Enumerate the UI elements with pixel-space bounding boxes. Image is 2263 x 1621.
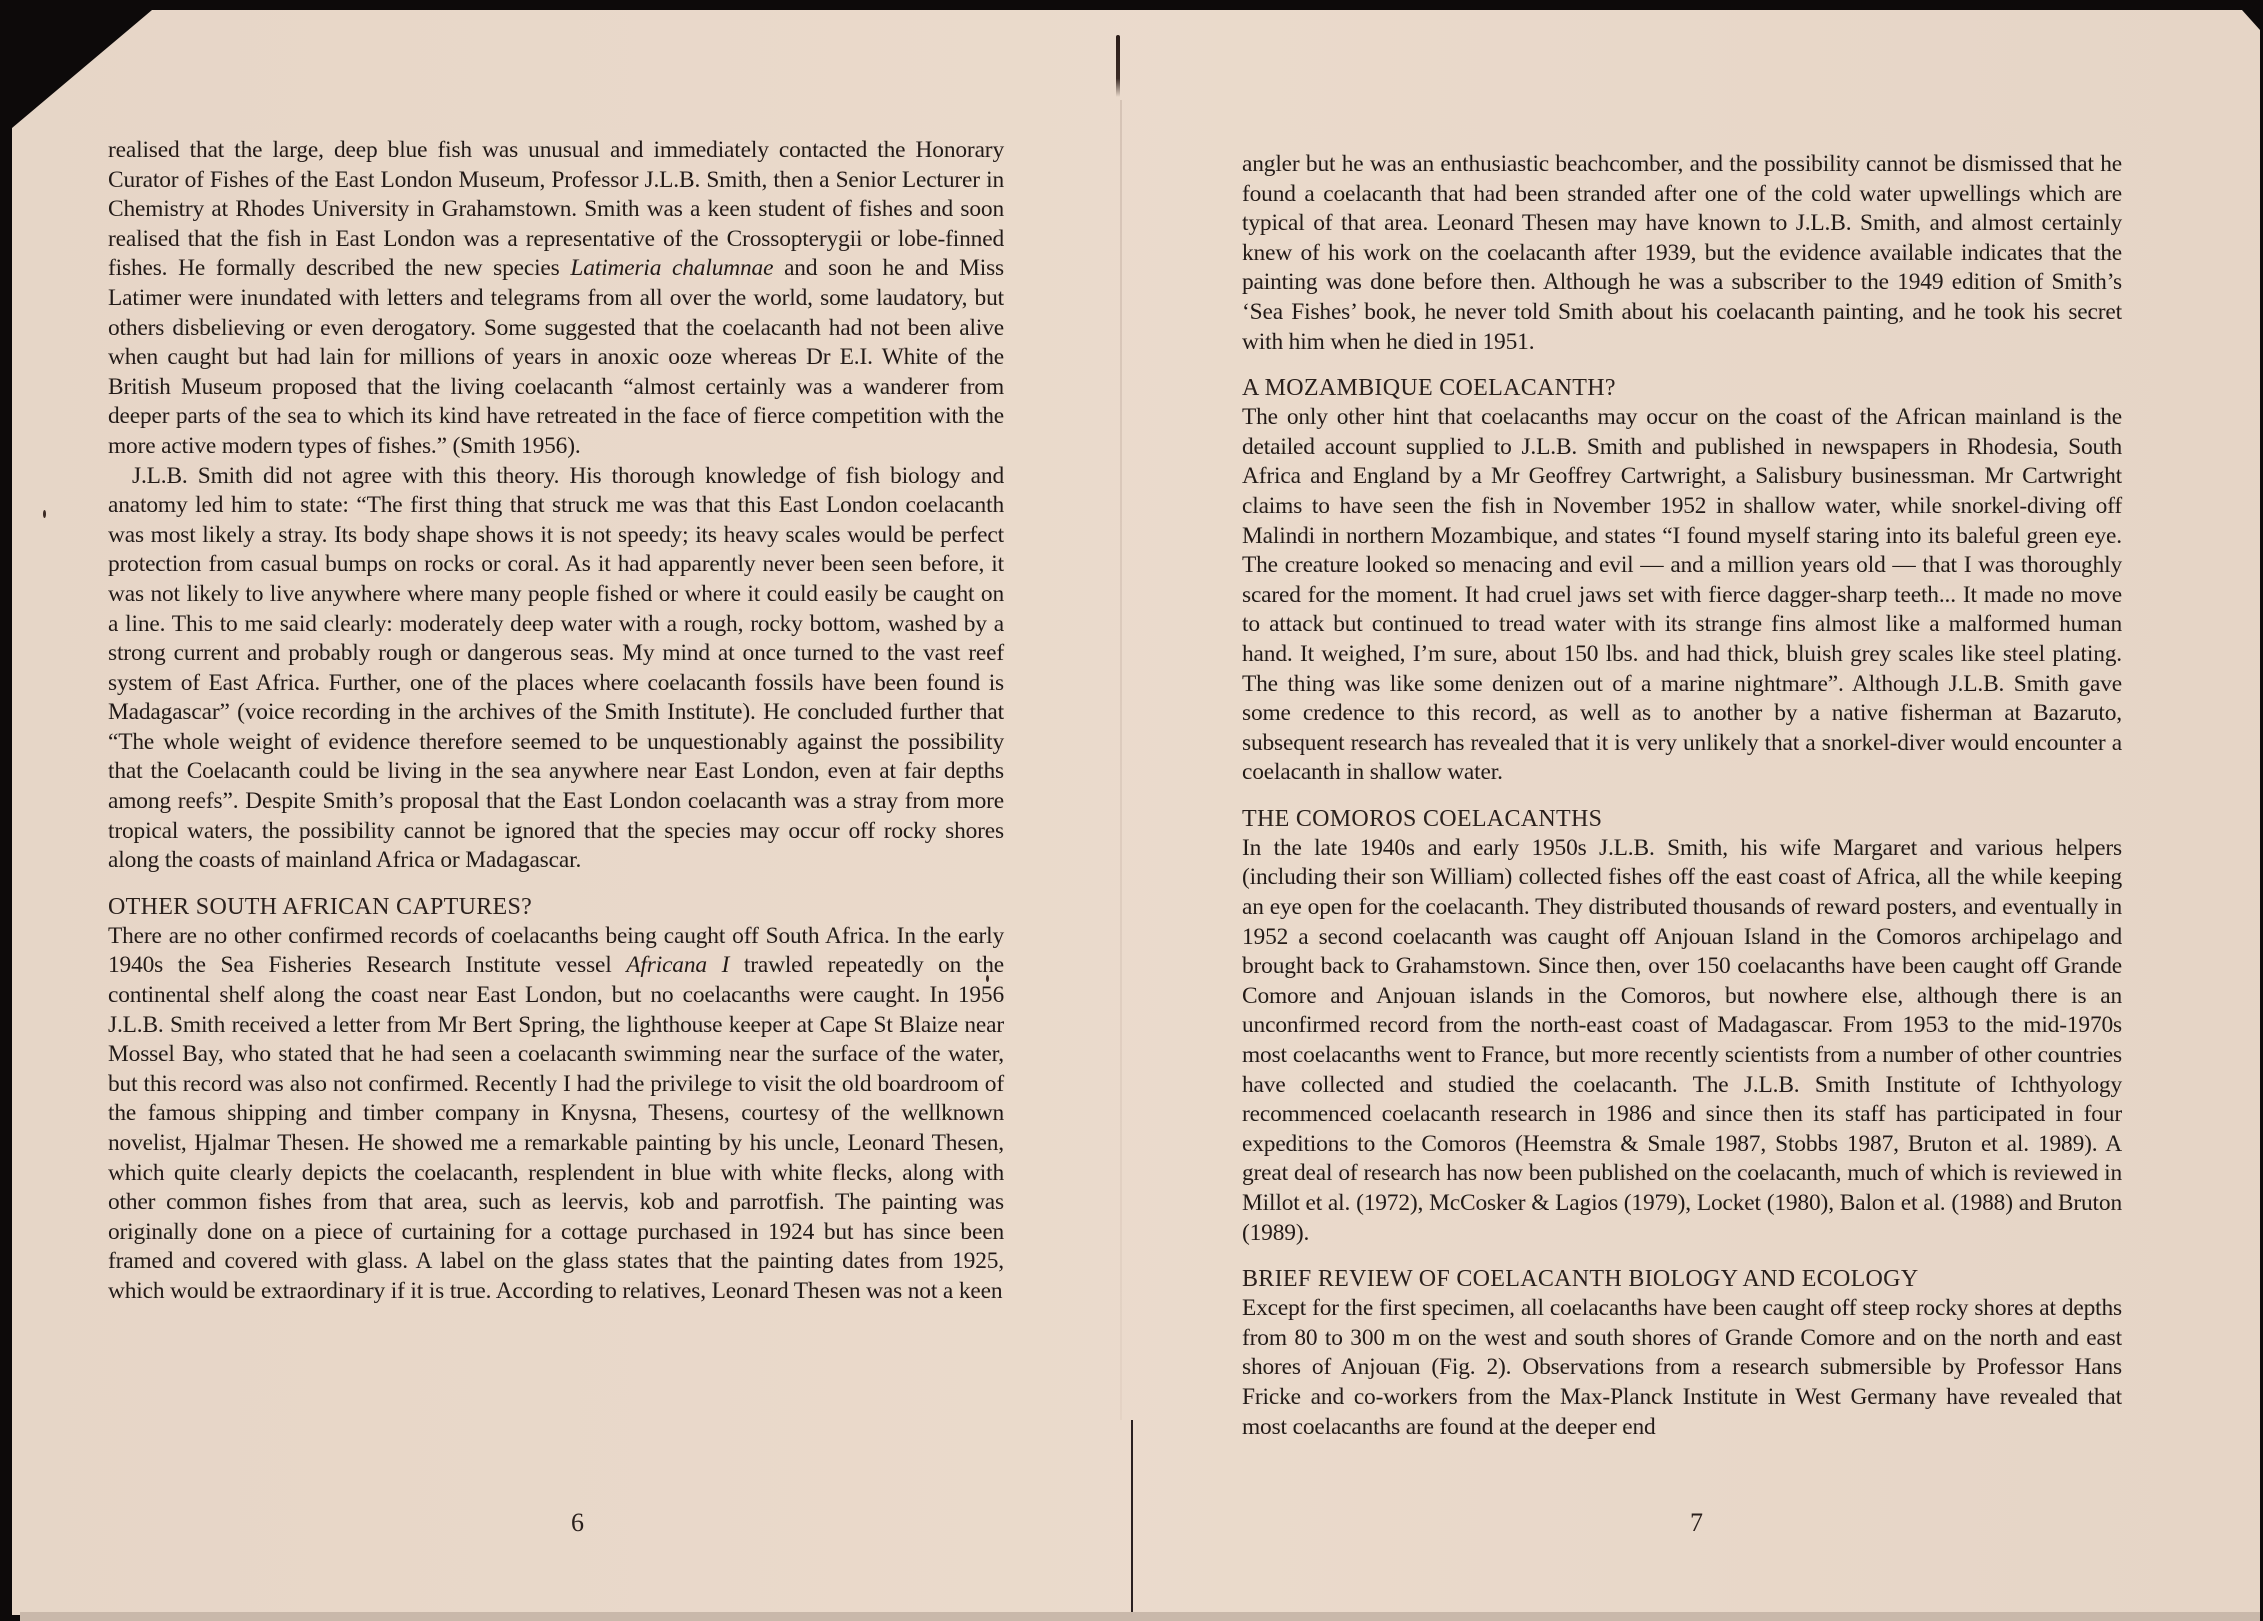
paragraph: There are no other confirmed records of … (108, 922, 1004, 1307)
paragraph: J.L.B. Smith did not agree with this the… (108, 462, 1004, 876)
vessel-name-italic: Africana I (626, 952, 729, 978)
species-name-italic: Latimeria chalumnae (570, 255, 773, 281)
paragraph: The only other hint that coelacanths may… (1242, 403, 2122, 788)
center-fold (1120, 100, 1122, 1420)
paragraph: angler but he was an enthusiastic beachc… (1242, 150, 2122, 357)
section-heading: THE COMOROS COELACANTHS (1242, 804, 2122, 834)
binding-staple-mark (1116, 35, 1120, 97)
right-page-text: angler but he was an enthusiastic beachc… (1242, 150, 2122, 1442)
paragraph: In the late 1940s and early 1950s J.L.B.… (1242, 834, 2122, 1248)
paragraph-text: trawled repeatedly on the continental sh… (108, 952, 1004, 1304)
left-page-text: realised that the large, deep blue fish … (108, 136, 1004, 1307)
section-heading: BRIEF REVIEW OF COELACANTH BIOLOGY AND E… (1242, 1264, 2122, 1294)
page-number-right: 7 (1690, 1508, 1703, 1538)
page-bottom-edge (20, 1612, 2260, 1621)
paragraph: Except for the first specimen, all coela… (1242, 1294, 2122, 1442)
paper-speck (43, 510, 46, 518)
paragraph: realised that the large, deep blue fish … (108, 136, 1004, 462)
page-number-left: 6 (571, 1508, 584, 1538)
paragraph-text: and soon he and Miss Latimer were inunda… (108, 255, 1004, 459)
section-heading: A MOZAMBIQUE COELACANTH? (1242, 373, 2122, 403)
center-fold-crease (1131, 1420, 1133, 1615)
section-heading: OTHER SOUTH AFRICAN CAPTURES? (108, 892, 1004, 922)
